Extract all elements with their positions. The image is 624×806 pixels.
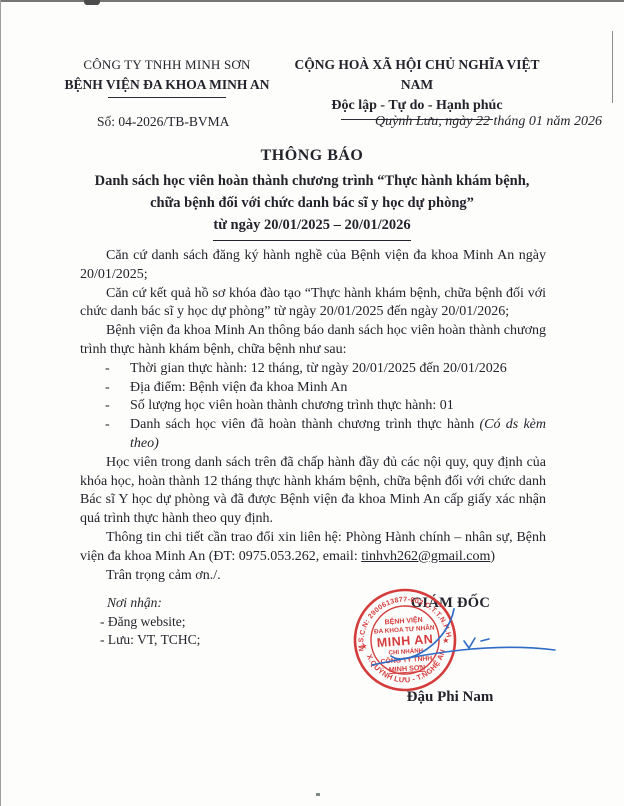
document-number: Số: 04-2026/TB-BVMA	[97, 114, 229, 130]
title-block: THÔNG BÁO Danh sách học viên hoàn thành …	[40, 147, 584, 241]
signer-name: Đậu Phi Nam	[380, 689, 520, 706]
list-dash: -	[105, 360, 130, 379]
list-item-count: - Số lượng học viên hoàn thành chương tr…	[105, 397, 546, 416]
document-date: Quỳnh Lưu, ngày 22 tháng 01 năm 2026	[375, 114, 602, 130]
list-item-text: Địa điểm: Bệnh viện đa khoa Minh An	[130, 379, 347, 398]
list-item-text: Danh sách học viên đã hoàn thành chương …	[130, 416, 546, 454]
recipients-label: Nơi nhận:	[107, 594, 200, 613]
issuer-underline	[108, 97, 226, 98]
list-item-location: - Địa điểm: Bệnh viện đa khoa Minh An	[105, 379, 546, 398]
national-title: CỘNG HOÀ XÃ HỘI CHỦ NGHĨA VIỆT NAM	[283, 55, 551, 95]
director-signature-ink	[350, 595, 570, 675]
list-dash: -	[105, 416, 130, 454]
scan-artifact-dot	[316, 793, 320, 796]
scanned-document-page: CÔNG TY TNHH MINH SƠN BỆNH VIỆN ĐA KHOA …	[0, 0, 624, 806]
document-title: THÔNG BÁO	[40, 147, 584, 165]
list-item-duration: - Thời gian thực hành: 12 tháng, từ ngày…	[105, 360, 546, 379]
list-dash: -	[105, 379, 130, 398]
list-item-text: Số lượng học viên hoàn thành chương trìn…	[130, 397, 454, 416]
scan-artifact-right-line	[612, 31, 613, 103]
paragraph-announcement: Bệnh viện đa khoa Minh An thông báo danh…	[80, 322, 546, 360]
paragraph-basis-2: Căn cứ kết quả hồ sơ khóa đào tạo “Thực …	[80, 285, 546, 323]
list-dash: -	[105, 397, 130, 416]
list-item-text: Thời gian thực hành: 12 tháng, từ ngày 2…	[130, 360, 507, 379]
paragraph-compliance: Học viên trong danh sách trên đã chấp hà…	[80, 454, 546, 529]
recipients-block: Nơi nhận: - Đăng website; - Lưu: VT, TCH…	[100, 594, 200, 650]
subtitle-date-range: từ ngày 20/01/2025 – 20/01/2026	[213, 215, 410, 241]
recipient-item: - Lưu: VT, TCHC;	[100, 631, 200, 650]
paragraph-contact: Thông tin chi tiết cần trao đổi xin liên…	[80, 529, 546, 567]
scan-edge-left	[0, 0, 1, 806]
contact-email-link[interactable]: tinhvh262@gmail.com	[361, 549, 490, 564]
national-motto: Độc lập - Tự do - Hạnh phúc	[283, 96, 551, 116]
hospital-name: BỆNH VIỆN ĐA KHOA MINH AN	[62, 75, 272, 94]
issuer-block: CÔNG TY TNHH MINH SƠN BỆNH VIỆN ĐA KHOA …	[62, 55, 272, 98]
paragraph-basis-1: Căn cứ danh sách đăng ký hành nghề của B…	[80, 247, 546, 285]
list-item-roster: - Danh sách học viên đã hoàn thành chươn…	[105, 416, 546, 454]
subtitle-line1: Danh sách học viên hoàn thành chương trì…	[95, 173, 530, 189]
recipient-item: - Đăng website;	[100, 613, 200, 632]
document-subtitle: Danh sách học viên hoàn thành chương trì…	[40, 171, 584, 241]
detail-list: - Thời gian thực hành: 12 tháng, từ ngày…	[80, 360, 546, 454]
paragraph-closing: Trân trọng cảm ơn./.	[80, 567, 546, 586]
scan-artifact-blob	[84, 0, 100, 5]
subtitle-line2: chữa bệnh đối với chức danh bác sĩ y học…	[150, 195, 474, 211]
national-motto-block: CỘNG HOÀ XÃ HỘI CHỦ NGHĨA VIỆT NAM Độc l…	[283, 55, 551, 120]
document-body: Căn cứ danh sách đăng ký hành nghề của B…	[80, 247, 546, 585]
company-name: CÔNG TY TNHH MINH SƠN	[62, 55, 272, 74]
